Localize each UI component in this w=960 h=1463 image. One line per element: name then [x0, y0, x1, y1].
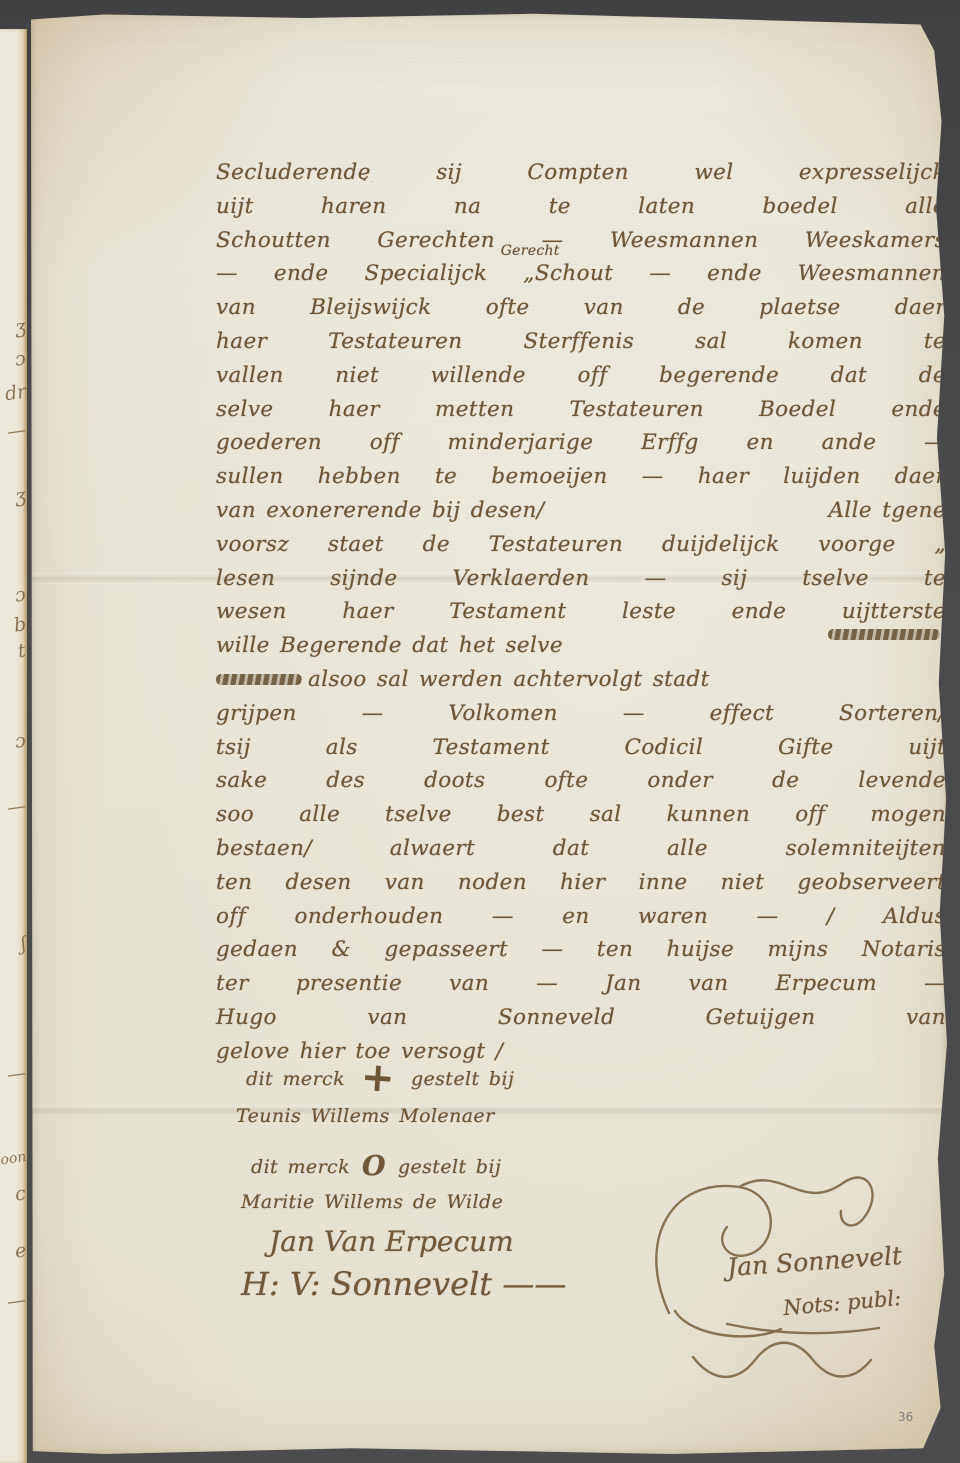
notary-signature-block: Jan Sonnevelt Nots: publ: [631, 1161, 943, 1386]
text-line: soo alle tselve best sal kunnen off moge… [216, 798, 946, 832]
text-line-content: Alle tgene [828, 494, 946, 528]
text-line: goederen off minderjarige Erffg en ande … [216, 426, 946, 460]
text-fragment: dr [4, 383, 28, 405]
handwritten-text-block: Secluderende sij Compten wel expresselij… [216, 156, 946, 1069]
text-line: tsij als Testament Codicil Gifte uijt [216, 731, 946, 765]
text-line: vallen niet willende off begerende dat d… [216, 359, 946, 393]
witness-signature-1: Jan Van Erpecum [269, 1225, 514, 1258]
text-line: Hugo van Sonneveld Getuijgen van [216, 1001, 946, 1035]
text-line: uijt haren na te laten boedel alle [216, 190, 946, 224]
text-line-content: wille Begerende dat het selve [216, 629, 563, 663]
text-fragment: ɔ [14, 585, 27, 605]
text-fragment: — [6, 421, 27, 442]
text-fragment: — [6, 1291, 27, 1312]
text-line: gelove hier toe versogt / [216, 1035, 946, 1069]
text-fragment: e [13, 1241, 27, 1261]
text-line-content: van exonererende bij desen/ [216, 494, 544, 528]
text-fragment: — [6, 797, 27, 818]
mark-name-2: Maritie Willems de Wilde [241, 1191, 503, 1213]
text-fragment: ɔ [14, 349, 27, 369]
text-fragment: ʒ [14, 486, 27, 506]
text-line-content: — ende Specialijck „Schout — ende Weesma… [216, 261, 946, 286]
crossed-out-word [828, 629, 940, 640]
text-line: selve haer metten Testateuren Boedel end… [216, 393, 946, 427]
text-fragment: c [14, 1184, 27, 1204]
text-fragment: b [13, 615, 28, 636]
text-fragment: — [6, 1064, 27, 1085]
manuscript-page: Secluderende sij Compten wel expresselij… [31, 13, 947, 1454]
text-fragment: ʃ [20, 935, 28, 955]
text-line: off onderhouden — en waren — / Aldus [216, 900, 946, 934]
mark-pre: dit merck [251, 1156, 350, 1178]
mark-pre: dit merck [246, 1068, 345, 1090]
mark-name-1: Teunis Willems Molenaer [236, 1105, 495, 1127]
text-line: alsoo sal werden achtervolgt stadt [216, 663, 946, 697]
text-line: ten desen van noden hier inne niet geobs… [216, 866, 946, 900]
text-line: ter presentie van — Jan van Erpecum — [216, 967, 946, 1001]
text-fragment: ʒ [14, 317, 27, 337]
folio-number: 36 [898, 1410, 913, 1424]
text-line: sake des doots ofte onder de levende [216, 764, 946, 798]
mark-post: gestelt bij [411, 1068, 514, 1090]
text-line: van exonererende bij desen/ Alle tgene [216, 494, 946, 528]
text-fragment: t [17, 642, 27, 662]
text-fragment: loon [0, 1150, 27, 1168]
interlinear-insertion: Gerecht [501, 244, 560, 258]
text-line: Secluderende sij Compten wel expresselij… [216, 156, 946, 190]
text-line: wille Begerende dat het selve [216, 629, 946, 663]
mark-statement-2: dit merckOgestelt bij [251, 1156, 501, 1178]
text-line: sullen hebben te bemoeijen — haer luijde… [216, 460, 946, 494]
mark-post: gestelt bij [398, 1156, 501, 1178]
text-line: Gerecht— ende Specialijck „Schout — ende… [216, 257, 946, 291]
facing-page-edge: ʒ ɔ dr — ʒ ɔ b t ɔ — ʃ — loon c e — [0, 29, 27, 1463]
witness-signature-2: H: V: Sonnevelt —— [241, 1265, 566, 1303]
text-line-content: alsoo sal werden achtervolgt stadt [308, 667, 710, 692]
text-line: voorsz staet de Testateuren duijdelijck … [216, 528, 946, 562]
text-line: lesen sijnde Verklaerden — sij tselve te [216, 562, 946, 596]
text-line: gedaen & gepasseert — ten huijse mijns N… [216, 933, 946, 967]
text-line: van Bleijswijck ofte van de plaetse daer [216, 291, 946, 325]
crossed-out-word [216, 674, 302, 685]
text-line: Schoutten Gerechten — Weesmannen Weeskam… [216, 224, 946, 258]
text-line: haer Testateuren Sterffenis sal komen te [216, 325, 946, 359]
manuscript-scan: ʒ ɔ dr — ʒ ɔ b t ɔ — ʃ — loon c e — Secl… [0, 0, 960, 1463]
cross-mark: + [361, 1077, 395, 1079]
text-fragment: ɔ [14, 731, 27, 751]
text-line: bestaen/ alwaert dat alle solemniteijten [216, 832, 946, 866]
text-line: grijpen — Volkomen — effect Sorteren/ [216, 697, 946, 731]
text-line: wesen haer Testament leste ende uijtters… [216, 595, 946, 629]
mark-statement-1: dit merck+gestelt bij [246, 1068, 514, 1090]
